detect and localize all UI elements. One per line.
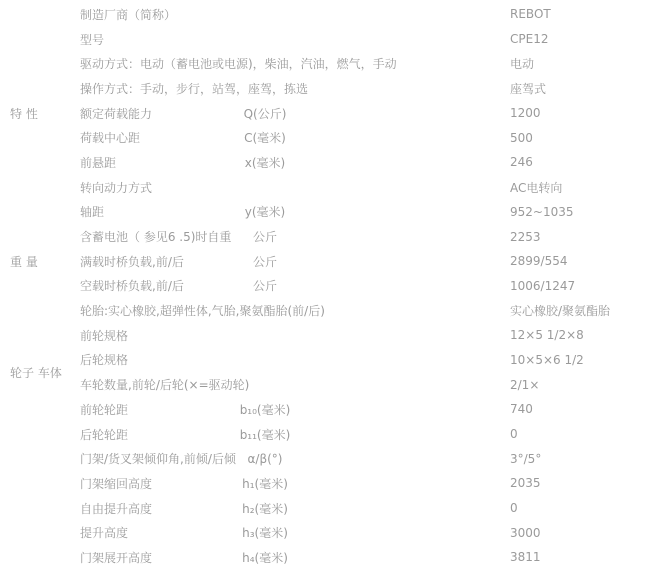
table-row: 门架缩回高度h₁(毫米)2035: [70, 471, 656, 496]
param-name: 提升高度: [70, 524, 128, 541]
param-value: 0: [510, 501, 518, 515]
param-symbol: h₂(毫米): [200, 500, 330, 517]
param-value: 实心橡胶/聚氨酯胎: [510, 302, 610, 319]
table-row: 额定荷载能力Q(公斤)1200: [70, 101, 656, 126]
param-value: 座驾式: [510, 80, 546, 97]
table-row: 提升高度h₃(毫米)3000: [70, 520, 656, 545]
param-symbol: b₁₀(毫米): [200, 401, 330, 418]
spec-page: 特 性制造厂商（简称）REBOT型号CPE12驱动方式：电动（蓄电池或电源)，柴…: [0, 0, 656, 568]
table-group: 特 性制造厂商（简称）REBOT型号CPE12驱动方式：电动（蓄电池或电源)，柴…: [0, 2, 656, 224]
table-row: 门架展开高度h₄(毫米)3811: [70, 545, 656, 568]
table-row: 操作方式：手动，步行，站驾，座驾，拣选座驾式: [70, 76, 656, 101]
table-row: 满载时桥负载,前/后公斤2899/554: [70, 249, 656, 274]
category-label: 轮子 车体: [0, 298, 70, 446]
param-symbol: y(毫米): [200, 203, 330, 220]
param-name: 轴距: [70, 203, 104, 220]
table-row: 荷载中心距C(毫米)500: [70, 125, 656, 150]
param-value: 电动: [510, 55, 534, 72]
param-value: 3000: [510, 526, 541, 540]
param-value: 3°/5°: [510, 452, 541, 466]
table-group: 门架/货叉架倾仰角,前倾/后倾α/β(°)3°/5°门架缩回高度h₁(毫米)20…: [0, 446, 656, 568]
param-name: 前悬距: [70, 154, 116, 171]
table-row: 轮胎:实心橡胶,超弹性体,气胎,聚氨酯胎(前/后)实心橡胶/聚氨酯胎: [70, 298, 656, 323]
param-value: AC电转向: [510, 179, 562, 196]
param-name: 额定荷载能力: [70, 105, 152, 122]
table-row: 车轮数量,前轮/后轮(×=驱动轮)2/1×: [70, 372, 656, 397]
spec-table: 特 性制造厂商（简称）REBOT型号CPE12驱动方式：电动（蓄电池或电源)，柴…: [0, 2, 656, 568]
param-value: 500: [510, 131, 533, 145]
param-symbol: 公斤: [200, 253, 330, 270]
category-label: [0, 446, 70, 568]
table-row: 制造厂商（简称）REBOT: [70, 2, 656, 27]
param-value: 1200: [510, 106, 541, 120]
param-value: 2/1×: [510, 378, 539, 392]
param-value: 10×5×6 1/2: [510, 353, 584, 367]
param-value: 3811: [510, 550, 541, 564]
param-symbol: x(毫米): [200, 154, 330, 171]
param-symbol: h₄(毫米): [200, 549, 330, 566]
param-name: 满载时桥负载,前/后: [70, 253, 184, 270]
group-rows: 制造厂商（简称）REBOT型号CPE12驱动方式：电动（蓄电池或电源)，柴油，汽…: [70, 2, 656, 224]
table-row: 转向动力方式AC电转向: [70, 175, 656, 200]
table-group: 重 量含蓄电池（ 参见6 .5)时自重公斤2253满载时桥负载,前/后公斤289…: [0, 224, 656, 298]
table-row: 驱动方式：电动（蓄电池或电源)，柴油，汽油，燃气，手动电动: [70, 51, 656, 76]
param-name: 制造厂商（简称）: [70, 6, 176, 23]
table-row: 前轮规格12×5 1/2×8: [70, 323, 656, 348]
table-group: 轮子 车体轮胎:实心橡胶,超弹性体,气胎,聚氨酯胎(前/后)实心橡胶/聚氨酯胎前…: [0, 298, 656, 446]
table-row: 前轮轮距b₁₀(毫米)740: [70, 397, 656, 422]
param-symbol: h₃(毫米): [200, 524, 330, 541]
param-name: 门架缩回高度: [70, 475, 152, 492]
param-name: 转向动力方式: [70, 179, 152, 196]
category-label: 特 性: [0, 2, 70, 224]
param-name: 门架展开高度: [70, 549, 152, 566]
table-row: 后轮轮距b₁₁(毫米)0: [70, 422, 656, 447]
param-value: REBOT: [510, 7, 551, 21]
param-name: 后轮规格: [70, 351, 128, 368]
param-symbol: Q(公斤): [200, 105, 330, 122]
param-name: 后轮轮距: [70, 426, 128, 443]
param-name: 车轮数量,前轮/后轮(×=驱动轮): [70, 376, 249, 393]
param-symbol: h₁(毫米): [200, 475, 330, 492]
table-row: 自由提升高度h₂(毫米)0: [70, 496, 656, 521]
param-value: 12×5 1/2×8: [510, 328, 584, 342]
param-name: 操作方式：手动，步行，站驾，座驾，拣选: [70, 80, 308, 97]
param-value: 246: [510, 155, 533, 169]
table-row: 门架/货叉架倾仰角,前倾/后倾α/β(°)3°/5°: [70, 446, 656, 471]
table-row: 前悬距x(毫米)246: [70, 150, 656, 175]
param-name: 空载时桥负载,前/后: [70, 277, 184, 294]
param-symbol: 公斤: [200, 228, 330, 245]
param-name: 轮胎:实心橡胶,超弹性体,气胎,聚氨酯胎(前/后): [70, 302, 325, 319]
param-symbol: C(毫米): [200, 129, 330, 146]
param-value: CPE12: [510, 32, 548, 46]
param-name: 驱动方式：电动（蓄电池或电源)，柴油，汽油，燃气，手动: [70, 55, 397, 72]
param-value: 740: [510, 402, 533, 416]
param-symbol: 公斤: [200, 277, 330, 294]
param-value: 2899/554: [510, 254, 568, 268]
table-row: 型号CPE12: [70, 27, 656, 52]
param-name: 自由提升高度: [70, 500, 152, 517]
group-rows: 含蓄电池（ 参见6 .5)时自重公斤2253满载时桥负载,前/后公斤2899/5…: [70, 224, 656, 298]
param-value: 952~1035: [510, 205, 574, 219]
param-value: 2035: [510, 476, 541, 490]
param-value: 2253: [510, 230, 541, 244]
category-label: 重 量: [0, 224, 70, 298]
param-name: 前轮轮距: [70, 401, 128, 418]
table-row: 轴距y(毫米)952~1035: [70, 200, 656, 225]
table-row: 空载时桥负载,前/后公斤1006/1247: [70, 274, 656, 299]
param-symbol: b₁₁(毫米): [200, 426, 330, 443]
param-name: 型号: [70, 31, 104, 48]
param-value: 1006/1247: [510, 279, 575, 293]
param-value: 0: [510, 427, 518, 441]
param-symbol: α/β(°): [200, 452, 330, 466]
param-name: 前轮规格: [70, 327, 128, 344]
param-name: 荷载中心距: [70, 129, 140, 146]
group-rows: 门架/货叉架倾仰角,前倾/后倾α/β(°)3°/5°门架缩回高度h₁(毫米)20…: [70, 446, 656, 568]
table-row: 后轮规格10×5×6 1/2: [70, 348, 656, 373]
group-rows: 轮胎:实心橡胶,超弹性体,气胎,聚氨酯胎(前/后)实心橡胶/聚氨酯胎前轮规格12…: [70, 298, 656, 446]
table-row: 含蓄电池（ 参见6 .5)时自重公斤2253: [70, 224, 656, 249]
